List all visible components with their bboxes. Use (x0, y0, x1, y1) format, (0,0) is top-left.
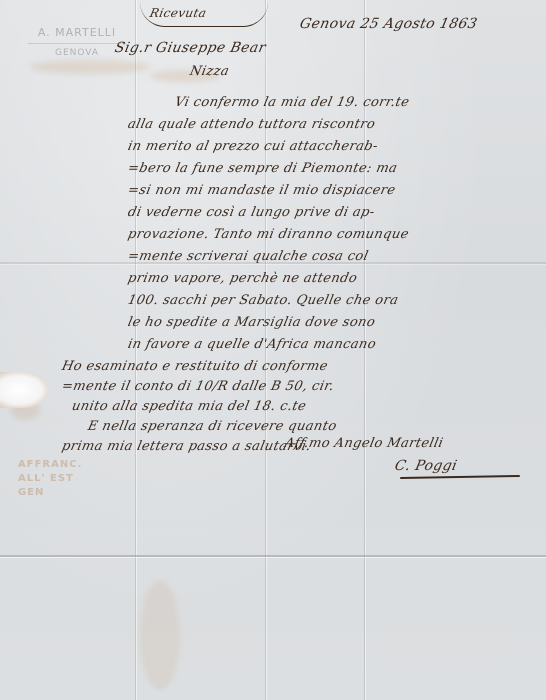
paper-tear (0, 372, 48, 408)
fold-line-horizontal (0, 555, 546, 557)
closing-signature: Aff.mo Angelo Martelli (283, 436, 444, 451)
addressee-city: Nizza (188, 64, 230, 79)
body-line: alla quale attendo tuttora riscontro (126, 117, 376, 132)
signature: C. Poggi (393, 458, 458, 474)
addressee-name: Sig.r Giuseppe Bear (113, 40, 267, 56)
body-line: =mente scriverai qualche cosa col (126, 249, 369, 264)
body-line: le ho spedite a Marsiglia dove sono (126, 315, 376, 330)
body-line: di vederne così a lungo prive di ap- (126, 205, 376, 220)
heading-underline (140, 2, 268, 27)
body-line: provazione. Tanto mi diranno comunque (126, 227, 410, 242)
body-line: 100. sacchi per Sabato. Quelle che ora (126, 293, 399, 308)
body-line: in favore a quelle d'Africa mancano (126, 337, 377, 352)
stamp-divider (28, 43, 126, 44)
faded-postmark: AFFRANC. ALL' EST GEN (18, 458, 82, 500)
body-line: =si non mi mandaste il mio dispiacere (126, 183, 397, 198)
body-line: Ho esaminato e restituito di conforme (60, 359, 329, 374)
body-line: prima mia lettera passo a salutarvi. (60, 439, 312, 454)
place-date: Genova 25 Agosto 1863 (298, 16, 479, 32)
body-line: E nella speranza di ricevere quanto (86, 419, 338, 434)
body-line: Vi confermo la mia del 19. corr.te (173, 95, 410, 110)
body-line: =bero la fune sempre di Piemonte: ma (126, 161, 398, 176)
letter-sheet: AFFRANC. ALL' EST GEN A. MARTELLI GENOVA… (0, 0, 546, 700)
signature-underline (400, 475, 520, 479)
body-line: =mente il conto di 10/R dalle B 50, cir. (60, 379, 335, 394)
body-line: primo vapore, perchè ne attendo (126, 271, 358, 286)
body-line: in merito al prezzo cui attaccherab- (126, 139, 379, 154)
stain (140, 580, 180, 690)
body-line: unito alla spedita mia del 18. c.te (70, 399, 307, 414)
stamp-name: A. MARTELLI (22, 26, 132, 39)
